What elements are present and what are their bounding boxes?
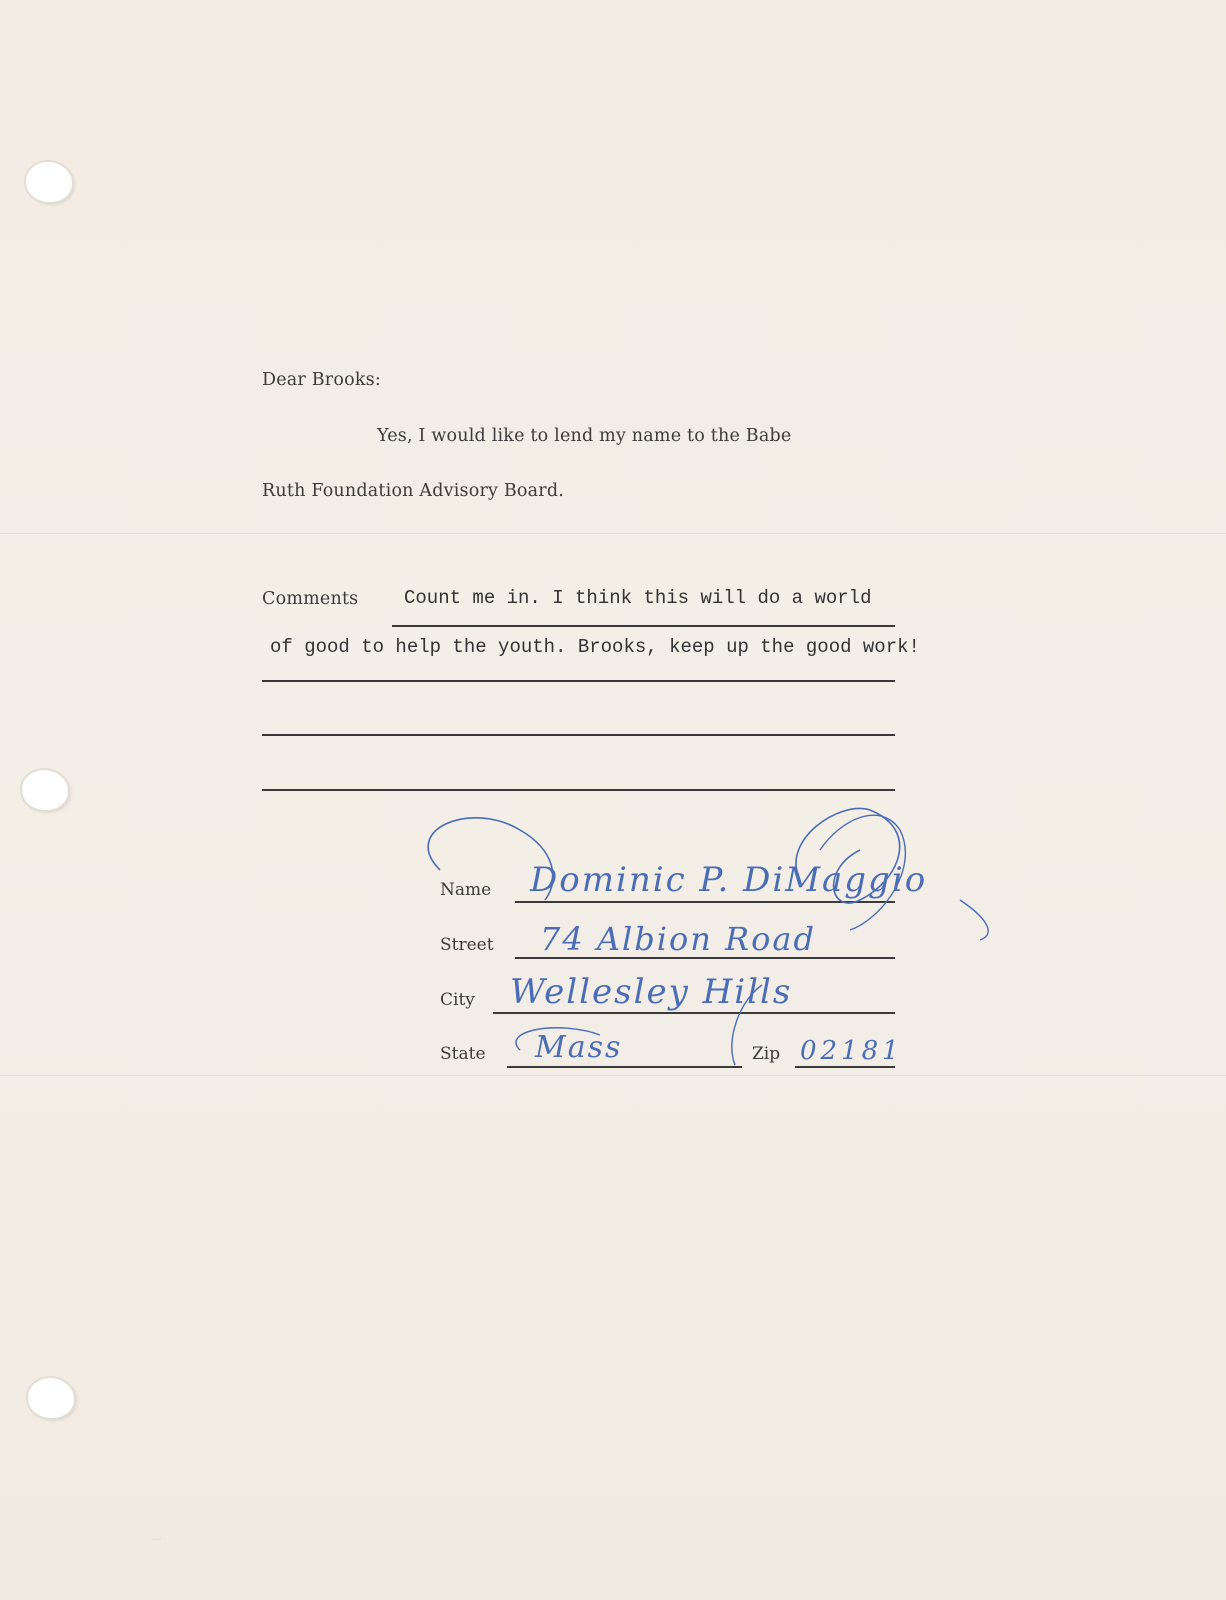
letter-body-line-2: Ruth Foundation Advisory Board. — [262, 481, 564, 501]
punch-hole-bottom — [28, 1378, 74, 1418]
punch-hole-middle — [22, 770, 68, 810]
zip-rule — [795, 1066, 895, 1068]
fold-crease-upper — [0, 533, 1226, 535]
document-page — [0, 0, 1226, 1600]
comments-rule-2 — [262, 680, 895, 682]
comments-label: Comments — [262, 589, 358, 609]
punch-hole-top — [26, 162, 72, 202]
street-label: Street — [440, 935, 494, 955]
state-label: State — [440, 1044, 486, 1064]
city-label: City — [440, 990, 475, 1010]
zip-label: Zip — [752, 1044, 780, 1064]
state-rule — [507, 1066, 742, 1068]
zip-value: 02181 — [800, 1036, 903, 1066]
comments-rule-1 — [392, 625, 895, 627]
letter-body-line-1: Yes, I would like to lend my name to the… — [377, 426, 791, 446]
comments-line-1: Count me in. I think this will do a worl… — [404, 587, 871, 609]
name-signature: Dominic P. DiMaggio — [530, 860, 927, 900]
comments-rule-4 — [262, 789, 895, 791]
fold-crease-lower — [0, 1075, 1226, 1077]
name-rule — [515, 901, 895, 903]
name-label: Name — [440, 880, 491, 900]
street-value: 74 Albion Road — [540, 920, 816, 958]
state-value: Mass — [535, 1030, 622, 1065]
comments-line-2: of good to help the youth. Brooks, keep … — [270, 636, 920, 658]
pencil-note: ~ — [149, 1529, 164, 1549]
city-value: Wellesley Hills — [510, 972, 792, 1012]
comments-rule-3 — [262, 734, 895, 736]
salutation: Dear Brooks: — [262, 370, 381, 390]
city-rule — [493, 1012, 895, 1014]
